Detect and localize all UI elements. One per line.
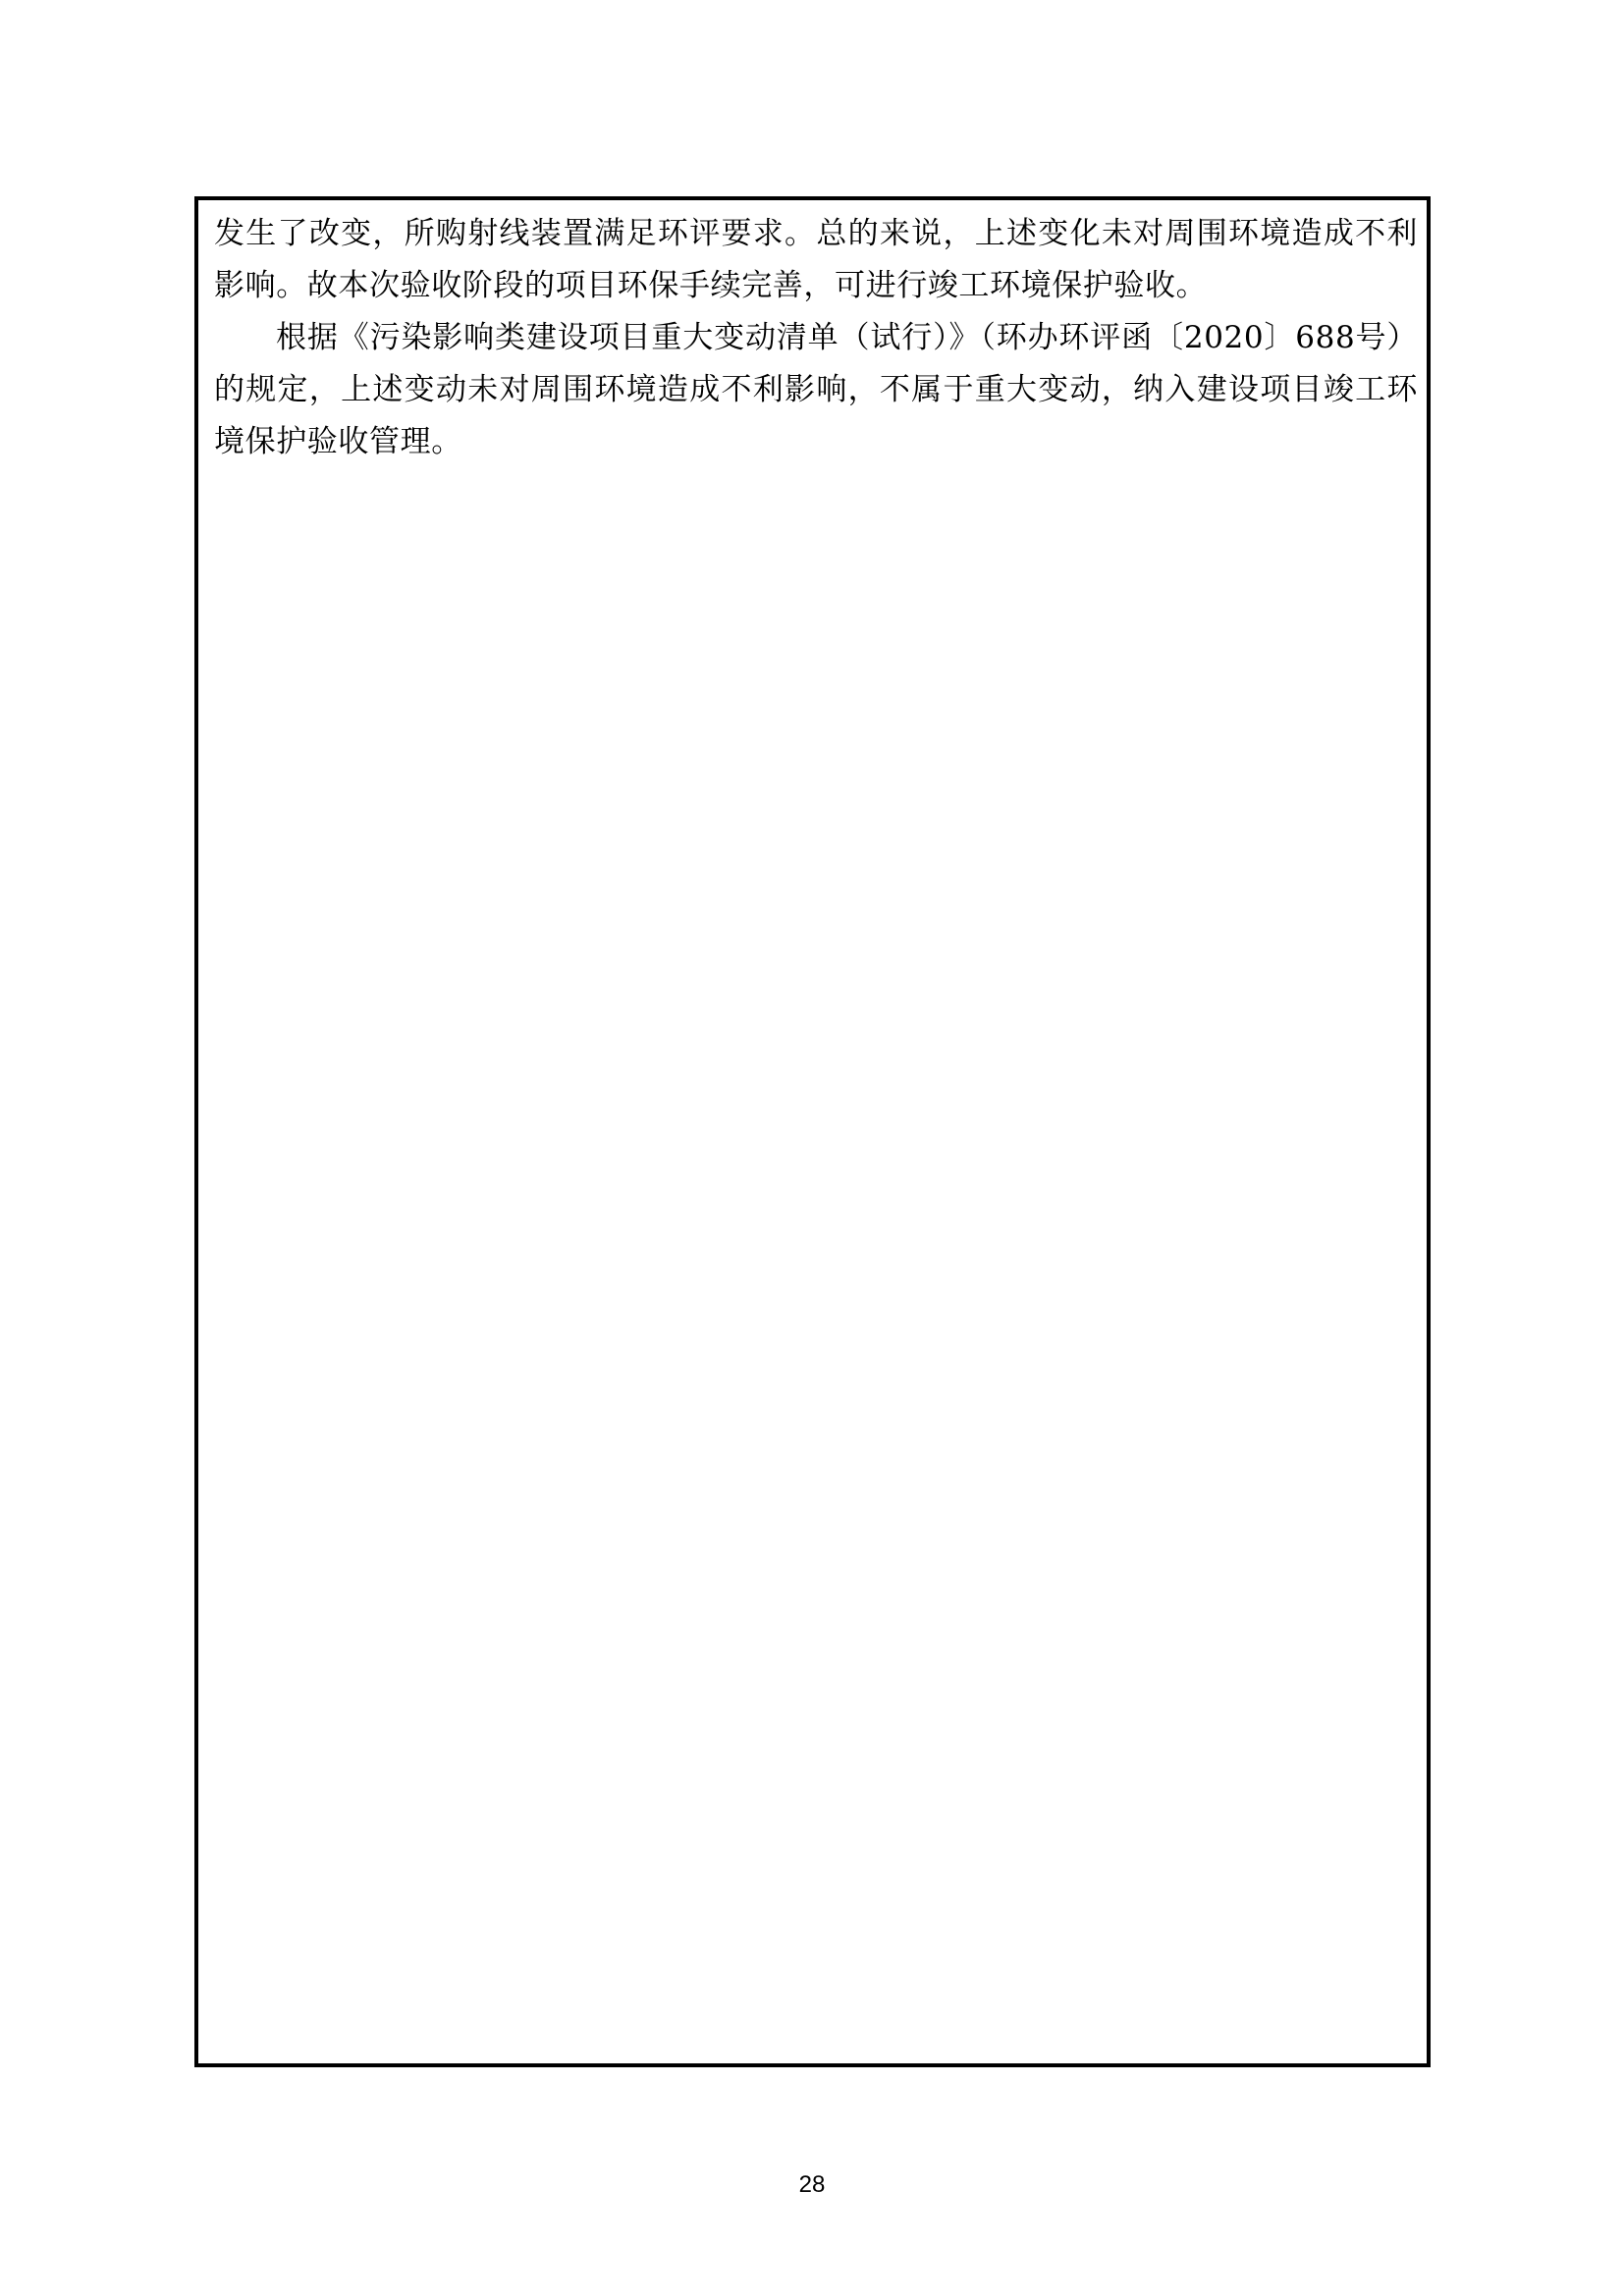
paragraph-regulation: 根据《污染影响类建设项目重大变动清单（试行）》（环办环评函〔2020〕688号）… (214, 312, 1418, 468)
content-table-frame (194, 196, 1431, 2067)
document-body: 发生了改变，所购射线装置满足环评要求。总的来说，上述变化未对周围环境造成不利影响… (214, 208, 1418, 468)
paragraph-conclusion: 发生了改变，所购射线装置满足环评要求。总的来说，上述变化未对周围环境造成不利影响… (214, 208, 1418, 312)
page-number: 28 (0, 2171, 1624, 2199)
